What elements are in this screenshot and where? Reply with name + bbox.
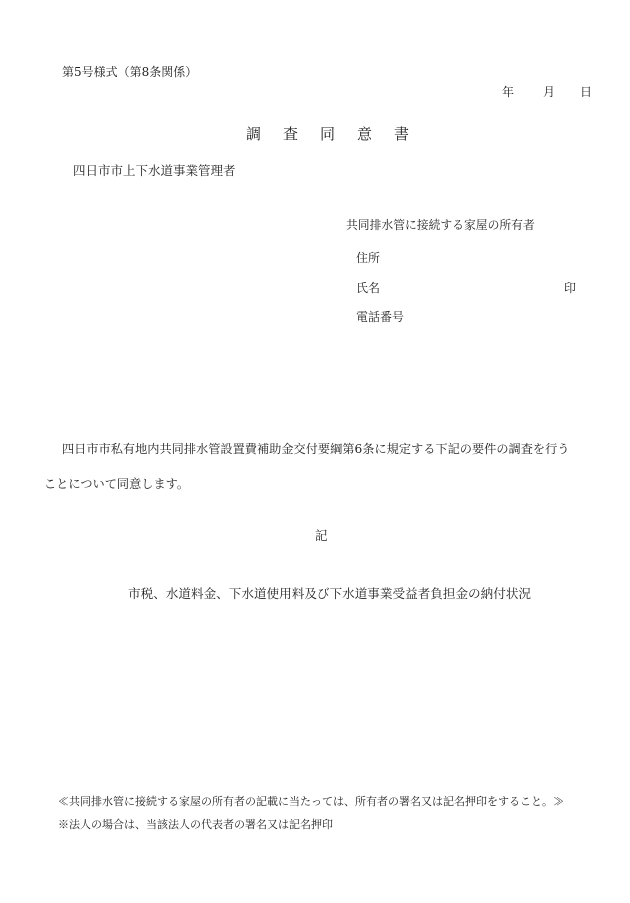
addressee: 四日市市上下水道事業管理者 (73, 164, 236, 178)
date-year-label: 年 (502, 86, 514, 100)
phone-label: 電話番号 (356, 311, 404, 325)
date-day-label: 日 (580, 86, 592, 100)
note-signature: ≪共同排水管に接続する家屋の所有者の記載に当たっては、所有者の署名又は記名押印を… (58, 796, 564, 809)
consent-line-1: 四日市市私有地内共同排水管設置費補助金交付要綱第6条に規定する下記の要件の調査を… (62, 442, 569, 456)
address-label: 住所 (356, 252, 380, 266)
document-title: 調査同意書 (246, 126, 431, 143)
name-label: 氏名 (356, 282, 380, 296)
date-month-label: 月 (543, 86, 555, 100)
consent-line-2: ことについて同意します。 (44, 477, 189, 491)
document-page: 第5号様式（第8条関係） 年 月 日 調査同意書 四日市市上下水道事業管理者 共… (0, 0, 630, 903)
record-item: 市税、水道料金、下水道使用料及び下水道事業受益者負担金の納付状況 (128, 587, 531, 601)
owner-heading: 共同排水管に接続する家屋の所有者 (346, 219, 535, 233)
record-marker: 記 (315, 529, 328, 543)
form-number: 第5号様式（第8条関係） (62, 66, 197, 80)
seal-label: 印 (564, 282, 576, 296)
note-corporation: ※法人の場合は、当該法人の代表者の署名又は記名押印 (58, 819, 333, 832)
